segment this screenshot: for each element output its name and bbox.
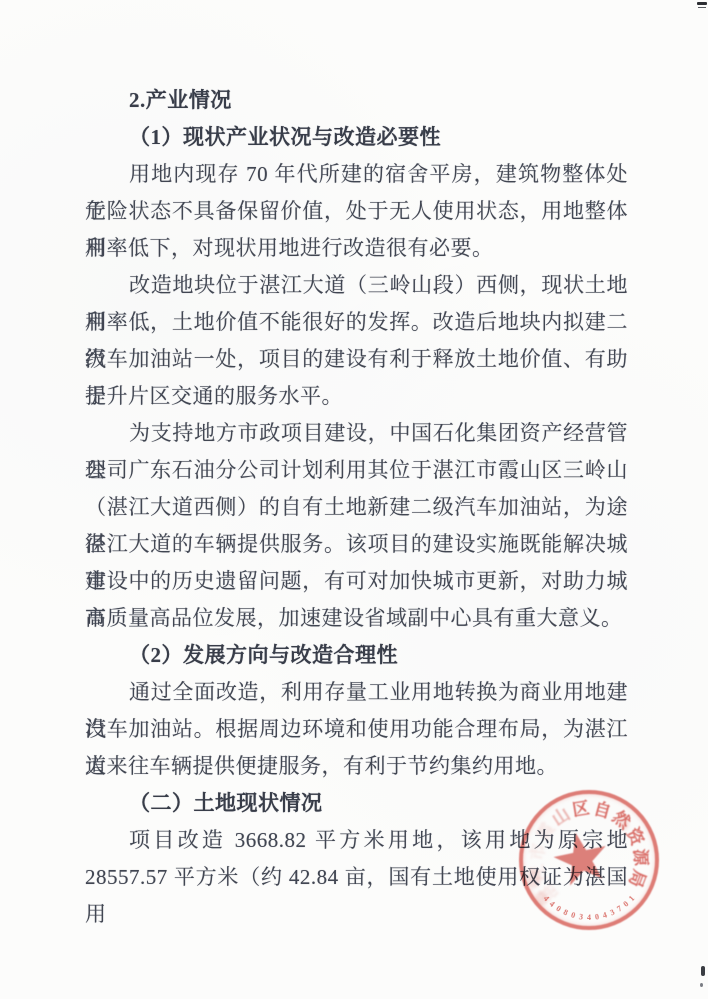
text-line: 用地内现存 70 年代所建的宿舍平房，建筑物整体处于 [85, 156, 628, 193]
stamp-serial-digit: 0 [568, 910, 578, 922]
scan-artifact [700, 983, 703, 987]
stamp-serial-digit: 3 [607, 907, 618, 919]
stamp-serial-digit: 3 [576, 912, 585, 923]
text-line: 为支持地方市政项目建设，中国石化集团资产经营管理 [85, 415, 628, 452]
stamp-serial-digit: 8 [560, 907, 571, 919]
stamp-arc-char: 源 [629, 847, 650, 868]
text-line: 项目改造 3668.82 平方米用地，该用地为原宗地 [85, 822, 628, 859]
text-line: 通过全面改造，利用存量工业用地转换为商业用地建设 [85, 674, 628, 711]
text-line: 用率低下，对现状用地进行改造很有必要。 [85, 230, 628, 267]
text-line: （2）发展方向与改造合理性 [85, 637, 628, 674]
stamp-serial-digit: 0 [620, 898, 633, 911]
text-line: 28557.57 平方米（约 42.84 亩，国有土地使用权证为湛国用 [85, 859, 628, 896]
text-line: （1）现状产业状况与改造必要性 [85, 119, 628, 156]
text-line: 高质量高品位发展，加速建设省域副中心具有重大意义。 [85, 600, 628, 637]
text-line: 建设中的历史遗留问题，有可对加快城市更新，对助力城市 [85, 563, 628, 600]
text-line: 湛江大道的车辆提供服务。该项目的建设实施既能解决城市 [85, 526, 628, 563]
text-line: 提升片区交通的服务水平。 [85, 378, 628, 415]
stamp-serial-digit: 7 [614, 903, 626, 916]
text-line: （二）土地现状情况 [85, 785, 628, 822]
stamp-serial-digit: 4 [600, 910, 610, 922]
text-line: （湛江大道西侧）的自有土地新建二级汽车加油站，为途径 [85, 489, 628, 526]
text-line: 汽车加油站。根据周边环境和使用功能合理布局，为湛江大 [85, 711, 628, 748]
stamp-serial-digit: 0 [552, 903, 564, 916]
text-line: 道来往车辆提供便捷服务，有利于节约集约用地。 [85, 748, 628, 785]
stamp-serial-digit: 4 [585, 913, 593, 923]
scan-artifact [701, 966, 705, 976]
scan-artifact [697, 2, 707, 5]
document-text: 2.产业情况（1）现状产业状况与改造必要性用地内现存 70 年代所建的宿舍平房，… [85, 82, 628, 896]
text-line: 汽车加油站一处，项目的建设有利于释放土地价值、有助于 [85, 341, 628, 378]
stamp-serial-digit: 4 [545, 898, 558, 911]
text-line: 用率低，土地价值不能很好的发挥。改造后地块内拟建二级 [85, 304, 628, 341]
text-line: 改造地块位于湛江大道（三岭山段）西侧，现状土地利 [85, 267, 628, 304]
document-page: 2.产业情况（1）现状产业状况与改造必要性用地内现存 70 年代所建的宿舍平房，… [0, 0, 708, 999]
text-line: 危险状态不具备保留价值，处于无人使用状态，用地整体利 [85, 193, 628, 230]
text-line: 公司广东石油分公司计划利用其位于湛江市霞山区三岭山 [85, 452, 628, 489]
text-line: 2.产业情况 [85, 82, 628, 119]
stamp-serial-digit: 0 [592, 912, 601, 923]
